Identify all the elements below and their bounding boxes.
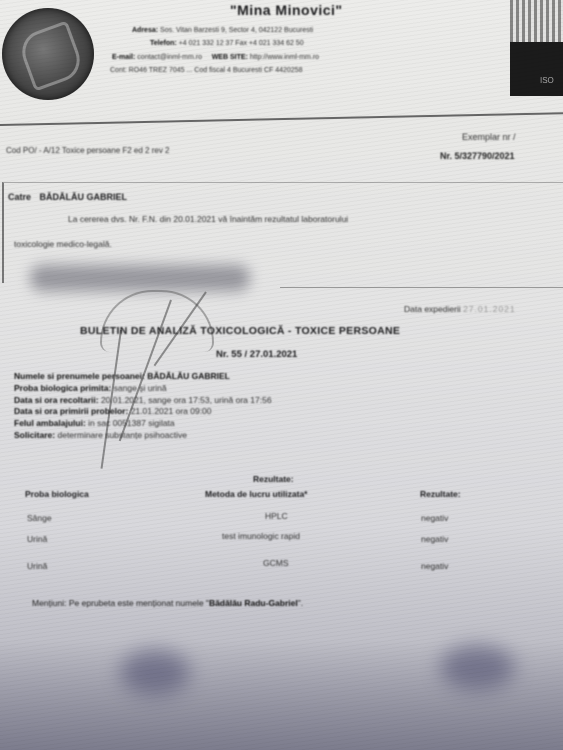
registration-number: Nr. 5/327790/2021 [440, 151, 515, 161]
addressee-line: Catre BĂDĂLĂU GABRIEL [8, 192, 127, 202]
results-title: Rezultate: [253, 474, 294, 484]
detail-row: Data si ora recoltarii: 20.01.2021, sang… [14, 395, 272, 407]
document-code: Cod PO/ - A/12 Toxice persoane F2 ed 2 r… [6, 146, 170, 155]
addressee-body-2: toxicologie medico-legală. [14, 239, 112, 249]
document-photo: "Mina Minovici" Adresa: Sos. Vitan Barze… [0, 0, 563, 750]
finger-smudge [440, 645, 515, 690]
institute-name: "Mina Minovici" [230, 2, 343, 18]
detail-row: Proba biologica primita: sange și urină [14, 383, 272, 395]
exemplar-label: Exemplar nr / [462, 132, 516, 142]
detail-row: Data si ora primirii probelor: 21.01.202… [14, 406, 272, 418]
address-line: Adresa: Sos. Vitan Barzesti 9, Sector 4,… [132, 27, 313, 34]
phone-line: Telefon: +4 021 332 12 37 Fax +4 021 334… [150, 40, 304, 47]
certification-badge: ISO [510, 42, 563, 96]
column-header-sample: Proba biologica [25, 489, 89, 499]
qr-code [510, 0, 563, 42]
dispatch-date: Data expedierii 27.01.2021 [404, 304, 516, 314]
bulletin-title: BULETIN DE ANALIZĂ TOXICOLOGICĂ - TOXICE… [80, 325, 400, 337]
institute-logo [2, 8, 94, 100]
column-header-result: Rezultate: [420, 489, 461, 499]
fiscal-line: Cont: RO46 TREZ 7045 ... Cod fiscal 4 Bu… [110, 67, 302, 74]
detail-row: Felul ambalajului: in sac 0051387 sigila… [14, 418, 272, 430]
detail-row: Solicitare: determinare substanțe psihoa… [14, 430, 272, 442]
finger-smudge [120, 650, 190, 695]
detail-row: Numele si prenumele persoanei: BĂDĂLĂU G… [14, 371, 272, 383]
bulletin-number: Nr. 55 / 27.01.2021 [216, 349, 297, 360]
column-header-method: Metoda de lucru utilizata* [205, 489, 308, 499]
section-divider [280, 287, 563, 288]
addressee-body-1: La cererea dvs. Nr. F.N. din 20.01.2021 … [68, 214, 348, 224]
redacted-area [30, 265, 250, 291]
header-divider [0, 111, 563, 126]
patient-details: Numele si prenumele persoanei: BĂDĂLĂU G… [14, 371, 272, 442]
notes-line: Mențiuni: Pe eprubeta este menționat num… [32, 598, 303, 608]
email-line: E-mail: contact@inml-mm.ro WEB SITE: htt… [112, 54, 319, 61]
